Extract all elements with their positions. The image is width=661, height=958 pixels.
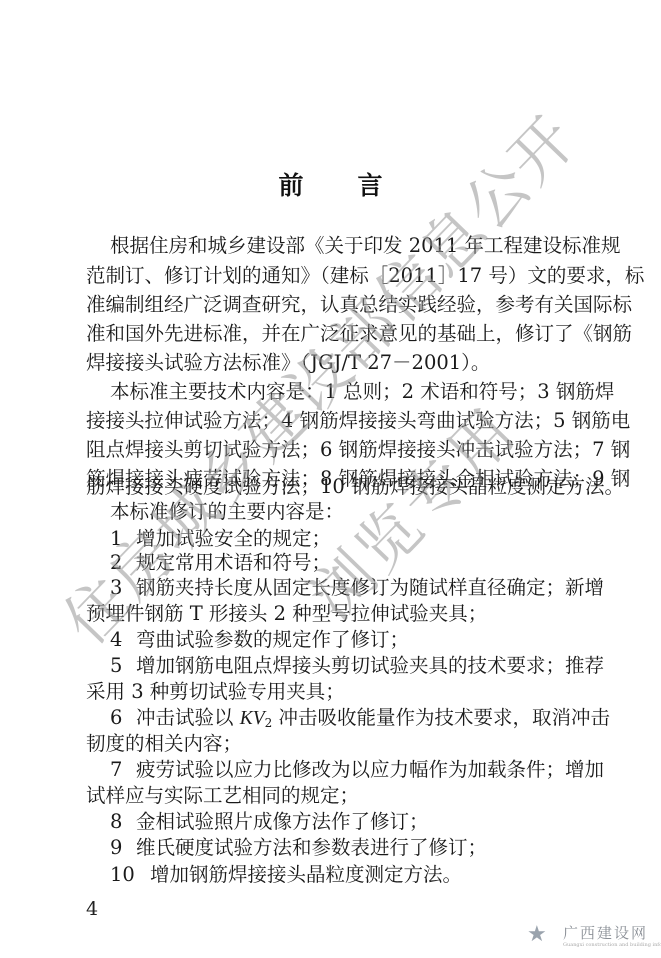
revision-item-10: 10增加钢筋焊接接头晶粒度测定方法。 bbox=[110, 863, 462, 887]
revision-item-8: 8金相试验照片成像方法作了修订； bbox=[110, 810, 429, 834]
item-text-pre: 冲击试验以 bbox=[136, 706, 240, 729]
revision-item-7-cont: 试样应与实际工艺相同的规定； bbox=[86, 784, 580, 808]
site-logo: ★ 广西建设网 Guangxi construction and buildin… bbox=[523, 918, 659, 954]
revision-item-3-cont: 预埋件钢筋 T 形接头 2 种型号拉伸试验夹具； bbox=[86, 602, 580, 626]
revision-intro: 本标准修订的主要内容是： bbox=[110, 500, 344, 524]
revision-item-4: 4弯曲试验参数的规定作了修订； bbox=[110, 628, 409, 652]
item-number: 9 bbox=[110, 836, 136, 860]
item-number: 7 bbox=[110, 758, 136, 782]
revision-item-9: 9维氏硬度试验方法和参数表进行了修订； bbox=[110, 836, 487, 860]
revision-item-1: 1增加试验安全的规定； bbox=[110, 527, 331, 551]
logo-name: 广西建设网 bbox=[563, 922, 648, 943]
item-number: 1 bbox=[110, 527, 136, 551]
star-swoosh-icon: ★ bbox=[527, 922, 547, 947]
item-text: 钢筋夹持长度从固定长度修订为随试样直径确定；新增 bbox=[136, 576, 604, 599]
paragraph-1-line-1: 根据住房和城乡建设部《关于印发 2011 年工程建设标准规 bbox=[110, 234, 580, 258]
item-text: 规定常用术语和符号； bbox=[136, 551, 331, 574]
item-number: 8 bbox=[110, 810, 136, 834]
document-page: 前言 根据住房和城乡建设部《关于印发 2011 年工程建设标准规 范制订、修订计… bbox=[0, 0, 661, 958]
page-title: 前言 bbox=[0, 166, 661, 202]
item-text: 增加钢筋焊接接头晶粒度测定方法。 bbox=[150, 863, 462, 886]
item-number: 2 bbox=[110, 551, 136, 575]
revision-item-6: 6冲击试验以 KV2 冲击吸收能量作为技术要求，取消冲击 bbox=[110, 706, 580, 730]
item-text: 弯曲试验参数的规定作了修订； bbox=[136, 628, 409, 651]
logo-tagline: Guangxi construction and building inform… bbox=[563, 942, 661, 948]
item-text: 疲劳试验以应力比修改为以应力幅作为加载条件；增加 bbox=[136, 758, 604, 781]
paragraph-1-line-3: 准编制组经广泛调查研究，认真总结实践经验，参考有关国际标 bbox=[86, 293, 580, 317]
revision-item-3: 3钢筋夹持长度从固定长度修订为随试样直径确定；新增 bbox=[110, 576, 580, 600]
item-text: 维氏硬度试验方法和参数表进行了修订； bbox=[136, 836, 487, 859]
item-number: 5 bbox=[110, 654, 136, 678]
item-number: 3 bbox=[110, 576, 136, 600]
item-number: 6 bbox=[110, 706, 136, 730]
item-text: 增加钢筋电阻点焊接头剪切试验夹具的技术要求；推荐 bbox=[136, 654, 604, 677]
title-char-2: 言 bbox=[358, 166, 383, 202]
revision-item-5: 5增加钢筋电阻点焊接头剪切试验夹具的技术要求；推荐 bbox=[110, 654, 580, 678]
paragraph-2-line-3: 阻点焊接头剪切试验方法；6 钢筋焊接接头冲击试验方法；7 钢 bbox=[86, 438, 580, 462]
paragraph-2-line-1: 本标准主要技术内容是：1 总则；2 术语和符号；3 钢筋焊 bbox=[110, 380, 580, 404]
paragraph-1-line-2: 范制订、修订计划的通知》（建标［2011］17 号）文的要求，标 bbox=[86, 264, 580, 288]
revision-item-6-cont: 韧度的相关内容； bbox=[86, 732, 580, 756]
symbol-kv: KV bbox=[240, 708, 265, 729]
paragraph-1-line-4: 准和国外先进标准，并在广泛征求意见的基础上，修订了《钢筋 bbox=[86, 322, 580, 346]
item-text: 增加试验安全的规定； bbox=[136, 527, 331, 550]
page-number: 4 bbox=[86, 898, 98, 920]
paragraph-1-line-5: 焊接接头试验方法标准》（JGJ/T 27－2001）。 bbox=[86, 351, 580, 375]
item-text: 金相试验照片成像方法作了修订； bbox=[136, 810, 429, 833]
revision-item-2: 2规定常用术语和符号； bbox=[110, 551, 331, 575]
revision-item-7: 7疲劳试验以应力比修改为以应力幅作为加载条件；增加 bbox=[110, 758, 580, 782]
item-number: 10 bbox=[110, 863, 150, 887]
revision-item-5-cont: 采用 3 种剪切试验专用夹具； bbox=[86, 680, 580, 704]
title-char-1: 前 bbox=[278, 166, 303, 202]
item-text-post: 冲击吸收能量作为技术要求，取消冲击 bbox=[272, 706, 610, 729]
item-number: 4 bbox=[110, 628, 136, 652]
paragraph-2-line-5: 筋焊接接头硬度试验方法；10 钢筋焊接接头晶粒度测定方法。 bbox=[86, 475, 580, 499]
paragraph-2-line-2: 接接头拉伸试验方法；4 钢筋焊接接头弯曲试验方法；5 钢筋电 bbox=[86, 409, 580, 433]
